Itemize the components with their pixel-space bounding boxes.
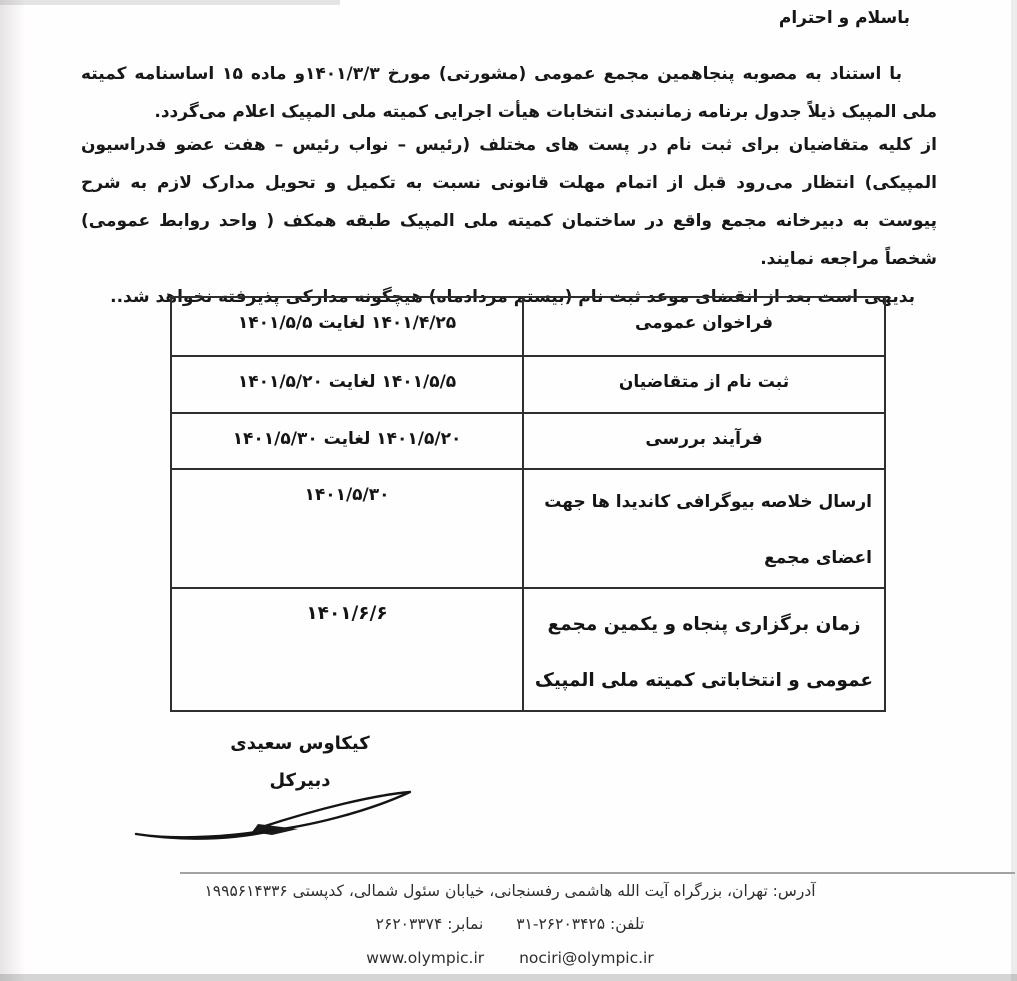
footer-fax: نمابر: ۲۶۲۰۳۳۷۴ [376,915,484,933]
table-row: ارسال خلاصه بیوگرافی کاندیدا ها جهت اعضا… [171,469,885,588]
salutation-text: باسلام و احترام [779,8,910,28]
election-schedule-table: فراخوان عمومی ۱۴۰۱/۴/۲۵ لغایت ۱۴۰۱/۵/۵ ث… [170,296,886,712]
scan-edge-top [0,0,340,5]
footer-contacts: تلفن: ۲۶۲۰۳۴۲۵-۳۱ نمابر: ۲۶۲۰۳۳۷۴ [60,915,960,933]
table-row: ثبت نام از متقاضیان ۱۴۰۱/۵/۵ لغایت ۱۴۰۱/… [171,356,885,413]
signatory-name: کیکاوس سعیدی [180,733,420,754]
footer-address: آدرس: تهران، بزرگراه آیت الله هاشمی رفسن… [60,882,960,900]
schedule-date-value: ۱۴۰۱/۵/۳۰ [171,469,523,588]
scan-edge-left [0,0,26,981]
footer-phone: تلفن: ۲۶۲۰۳۴۲۵-۳۱ [516,915,644,933]
schedule-stage-label: فرآیند بررسی [523,413,885,469]
schedule-stage-label: فراخوان عمومی [523,297,885,356]
footer-email: nociri@olympic.ir [519,949,654,967]
schedule-date-value: ۱۴۰۱/۵/۲۰ لغایت ۱۴۰۱/۵/۳۰ [171,413,523,469]
table-row: زمان برگزاری پنجاه و یکمین مجمع عمومی و … [171,588,885,711]
instructions-paragraph-text: از کلیه متقاضیان برای ثبت نام در پست های… [81,126,937,278]
table-row: فراخوان عمومی ۱۴۰۱/۴/۲۵ لغایت ۱۴۰۱/۵/۵ [171,297,885,356]
schedule-date-value: ۱۴۰۱/۶/۶ [171,588,523,711]
scan-edge-right [1011,0,1017,981]
schedule-date-value: ۱۴۰۱/۴/۲۵ لغایت ۱۴۰۱/۵/۵ [171,297,523,356]
scanned-letter-page: باسلام و احترام با استناد به مصوبه پنجاه… [0,0,1017,981]
footer-web-contacts: www.olympic.ir nociri@olympic.ir [60,949,960,967]
schedule-stage-label: ارسال خلاصه بیوگرافی کاندیدا ها جهت اعضا… [523,469,885,588]
footer-website: www.olympic.ir [366,949,484,967]
table-row: فرآیند بررسی ۱۴۰۱/۵/۲۰ لغایت ۱۴۰۱/۵/۳۰ [171,413,885,469]
opening-paragraph: با استناد به مصوبه پنجاهمین مجمع عمومی (… [81,55,937,131]
schedule-date-value: ۱۴۰۱/۵/۵ لغایت ۱۴۰۱/۵/۲۰ [171,356,523,413]
opening-paragraph-text: با استناد به مصوبه پنجاهمین مجمع عمومی (… [81,55,937,131]
schedule-stage-label: ثبت نام از متقاضیان [523,356,885,413]
handwritten-signature-image [112,783,424,845]
schedule-stage-label: زمان برگزاری پنجاه و یکمین مجمع عمومی و … [523,588,885,711]
footer-divider [180,872,1015,874]
scan-edge-bottom [0,974,1017,981]
instructions-section: از کلیه متقاضیان برای ثبت نام در پست های… [81,126,937,316]
